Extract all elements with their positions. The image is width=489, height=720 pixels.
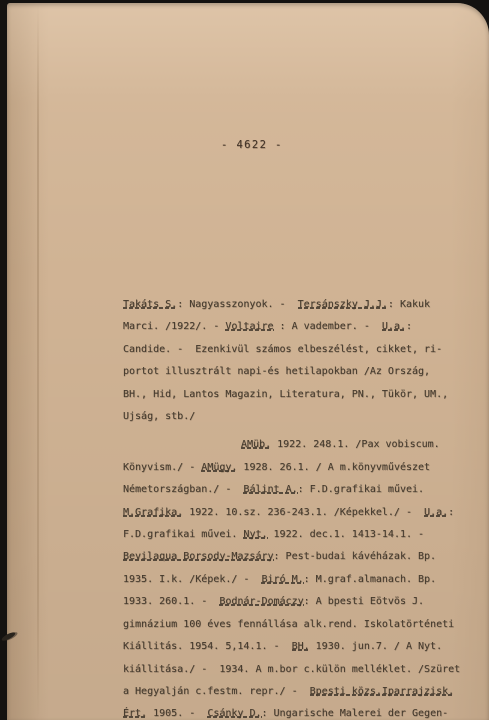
underlined-text: U.a. [382, 321, 406, 332]
text-segment: : Nagyasszonyok. - [177, 299, 297, 310]
underlined-text: Nyt. [243, 529, 267, 540]
text-segment: : [406, 321, 412, 332]
underlined-text: M.Grafika. [123, 507, 183, 518]
underlined-text: Tersánszky J.J. [298, 299, 388, 310]
underlined-text: Takáts S. [123, 299, 177, 310]
underlined-text: AMügy. [201, 462, 237, 473]
text-segment: 1935. I.k. /Képek./ - [123, 574, 261, 585]
text-segment: 1930. jun.7. / A Nyt. [310, 641, 442, 652]
text-segment: 1922. dec.1. 1413-14.1. - [268, 529, 425, 540]
bibliography-line: BH., Hid, Lantos Magazin, Literatura, PN… [123, 384, 468, 406]
bibliography-line: Candide. - Ezenkivül számos elbeszélést,… [123, 339, 468, 361]
bibliography-line: Könyvism./ - AMügy. 1928. 26.1. / A m.kö… [123, 457, 468, 479]
bibliography-line: Marci. /1922/. - Voltaire : A vadember. … [123, 316, 468, 338]
text-segment: 1905. - [147, 708, 207, 719]
text-segment: F.D.grafikai művei. [123, 529, 243, 540]
text-segment: BH., Hid, Lantos Magazin, Literatura, PN… [123, 389, 448, 400]
text-segment: Könyvism./ - [123, 462, 201, 473]
text-segment: 1922. 10.sz. 236-243.1. /Képekkel./ - [183, 507, 424, 518]
underlined-text: Bálint A. [243, 484, 297, 495]
bibliography-text: Takáts S.: Nagyasszonyok. - Tersánszky J… [123, 294, 468, 720]
text-segment: gimnázium 100 éves fennállása alk.rend. … [123, 619, 454, 630]
bibliography-line: 1933. 260.1. - Bodnár-Domáczy: A bpesti … [123, 591, 468, 613]
text-segment: 1922. 248.1. /Pax vobiscum. [271, 439, 440, 450]
text-segment: : [448, 507, 454, 518]
bibliography-line: Ért. 1905. - Csánky D.: Ungarische Maler… [123, 703, 468, 720]
text-segment: Kiállitás. 1954. 5,14.1. - [123, 641, 292, 652]
paper-crease [37, 3, 39, 720]
underlined-text: BH. [292, 641, 310, 652]
underlined-text: AMüb. [241, 439, 271, 450]
bibliography-line: AMüb. 1922. 248.1. /Pax vobiscum. [123, 434, 468, 456]
text-segment: Marci. /1922/. - [123, 321, 225, 332]
underlined-text: Bevilaqua Borsody-Mazsáry [123, 551, 274, 562]
text-segment: a Hegyalján c.festm. repr./ - [123, 686, 310, 697]
text-segment: : Pest-budai kávéházak. Bp. [274, 551, 437, 562]
bibliography-line: Kiállitás. 1954. 5,14.1. - BH. 1930. jun… [123, 636, 468, 658]
text-segment: portot illusztrált napi-és hetilapokban … [123, 366, 430, 377]
scanned-page: - 4622 - Takáts S.: Nagyasszonyok. - Ter… [0, 0, 489, 720]
underlined-text: Bpesti közs.Iparrajzisk. [310, 686, 455, 697]
bibliography-line: gimnázium 100 éves fennállása alk.rend. … [123, 614, 468, 636]
bibliography-line: Bevilaqua Borsody-Mazsáry: Pest-budai ká… [123, 546, 468, 568]
bibliography-line: Ujság, stb./ [123, 406, 468, 428]
bibliography-line: a Hegyalján c.festm. repr./ - Bpesti köz… [123, 681, 468, 703]
text-segment: 1933. 260.1. - [123, 596, 219, 607]
bibliography-line: Takáts S.: Nagyasszonyok. - Tersánszky J… [123, 294, 468, 316]
bibliography-line: M.Grafika. 1922. 10.sz. 236-243.1. /Képe… [123, 502, 468, 524]
underlined-text: Ért. [123, 708, 147, 719]
underlined-text: Voltaire [225, 321, 273, 332]
text-segment: 1928. 26.1. / A m.könyvművészet [237, 462, 430, 473]
text-segment: : A vadember. - [274, 321, 382, 332]
bibliography-line: portot illusztrált napi-és hetilapokban … [123, 361, 468, 383]
underlined-text: Csánky D. [207, 708, 261, 719]
text-segment: Candide. - Ezenkivül számos elbeszélést,… [123, 344, 442, 355]
bibliography-line: 1935. I.k. /Képek./ - Biró M.: M.graf.al… [123, 569, 468, 591]
underlined-text: U.a. [424, 507, 448, 518]
text-segment: : Kakuk [388, 299, 430, 310]
text-segment: : F.D.grafikai művei. [298, 484, 424, 495]
text-segment: kiállitása./ - 1934. A m.bor c.külön mel… [123, 664, 460, 675]
underlined-text: Biró M. [261, 574, 303, 585]
text-segment: : M.graf.almanach. Bp. [304, 574, 436, 585]
page-number: - 4622 - [221, 139, 283, 151]
bibliography-line: kiállitása./ - 1934. A m.bor c.külön mel… [123, 659, 468, 681]
text-segment: Ujság, stb./ [123, 411, 195, 422]
bibliography-line: F.D.grafikai művei. Nyt. 1922. dec.1. 14… [123, 524, 468, 546]
text-segment: : A bpesti Eötvös J. [304, 596, 424, 607]
bibliography-line: Németországban./ - Bálint A.: F.D.grafik… [123, 479, 468, 501]
text-segment: Németországban./ - [123, 484, 243, 495]
text-segment: : Ungarische Malerei der Gegen- [262, 708, 449, 719]
underlined-text: Bodnár-Domáczy [219, 596, 303, 607]
